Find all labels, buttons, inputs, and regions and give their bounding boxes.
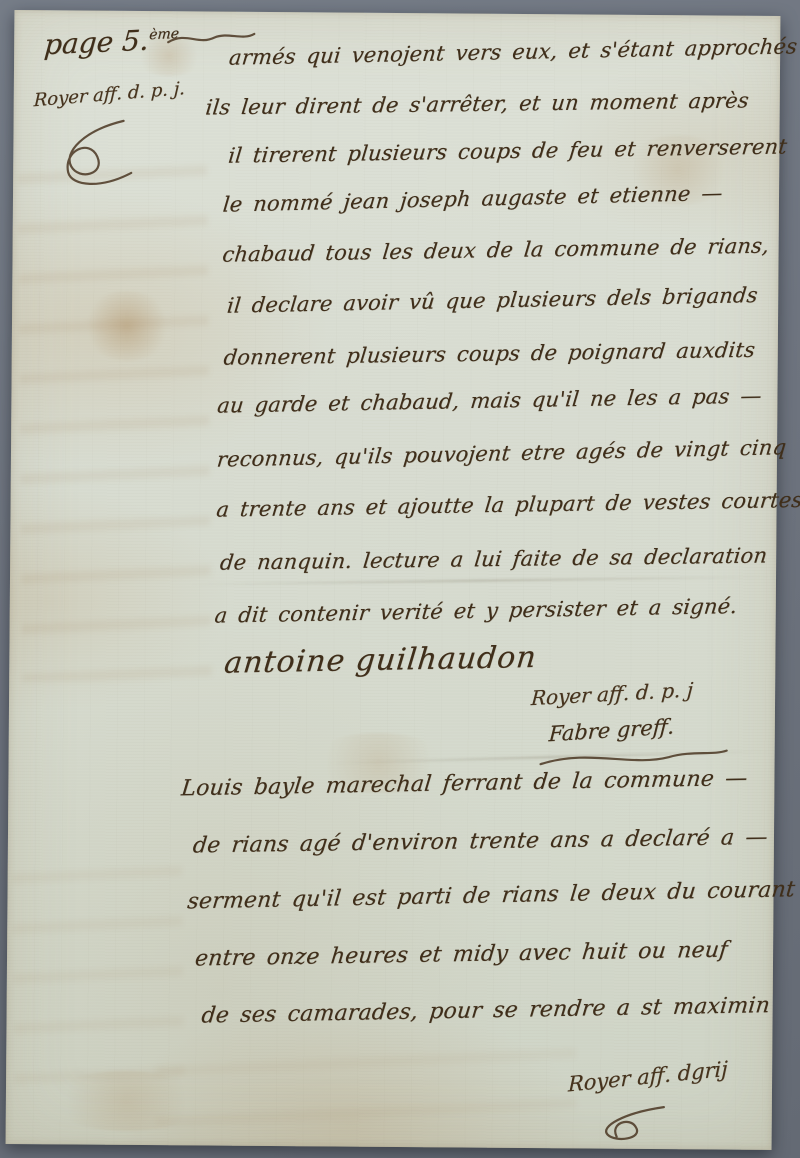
- manuscript-line: il tirerent plusieurs coups de feu et re…: [227, 134, 788, 167]
- ink-bleedthrough: [17, 140, 212, 682]
- manuscript-line: de nanquin. lecture a lui faite de sa de…: [219, 543, 769, 574]
- page-label-superscript: ème: [149, 26, 180, 43]
- manuscript-line: donnerent plusieurs coups de poignard au…: [222, 338, 756, 370]
- manuscript-line: le nommé jean joseph augaste et etienne …: [222, 181, 724, 217]
- manuscript-line: ils leur dirent de s'arrêter, et un mome…: [204, 88, 750, 119]
- photo-background: page 5.ème Royer aff. d. p. j. armés qui…: [0, 0, 800, 1158]
- manuscript-line: a dit contenir verité et y persister et …: [213, 594, 738, 628]
- paper-stain: [82, 291, 173, 362]
- manuscript-line: il declare avoir vû que plusieurs dels b…: [226, 283, 759, 318]
- manuscript-line: de rians agé d'environ trente ans a decl…: [192, 825, 769, 859]
- manuscript-line: armés qui venojent vers eux, et s'étant …: [228, 34, 799, 69]
- margin-note-mid: Royer aff. d. p. j: [530, 677, 694, 710]
- margin-note-top: Royer aff. d. p. j.: [33, 78, 185, 111]
- clerk-signature: Fabre greff.: [548, 714, 675, 746]
- manuscript-line: reconnus, qu'ils pouvojent etre agés de …: [216, 435, 788, 471]
- page-label: page 5.ème: [43, 22, 180, 61]
- witness-signature: antoine guilhaudon: [223, 640, 539, 681]
- manuscript-line: de ses camarades, pour se rendre a st ma…: [200, 993, 771, 1028]
- manuscript-line: au garde et chabaud, mais qu'il ne les a…: [216, 384, 763, 418]
- manuscript-line: a trente ans et ajoutte la plupart de ve…: [215, 487, 800, 521]
- manuscript-line: entre onze heures et midy avec huit ou n…: [194, 938, 729, 972]
- paper-texture: [6, 10, 781, 1150]
- paraph-flourish-icon: [592, 1103, 684, 1148]
- ink-bleedthrough: [155, 1031, 576, 1145]
- manuscript-line: serment qu'il est parti de rians le deux…: [186, 877, 796, 914]
- margin-note-bottom: Royer aff. dgrij: [568, 1057, 728, 1097]
- paper-crease: [190, 576, 770, 586]
- page-label-text: page 5.: [43, 24, 150, 62]
- manuscript-line: Louis bayle marechal ferrant de la commu…: [180, 766, 749, 801]
- paper-stain: [46, 1070, 206, 1131]
- manuscript-paper: page 5.ème Royer aff. d. p. j. armés qui…: [6, 10, 781, 1150]
- manuscript-line: chabaud tous les deux de la commune de r…: [221, 234, 770, 267]
- paper-crease: [329, 750, 769, 764]
- ink-bleedthrough: [12, 840, 184, 1102]
- paraph-flourish-icon: [51, 114, 162, 193]
